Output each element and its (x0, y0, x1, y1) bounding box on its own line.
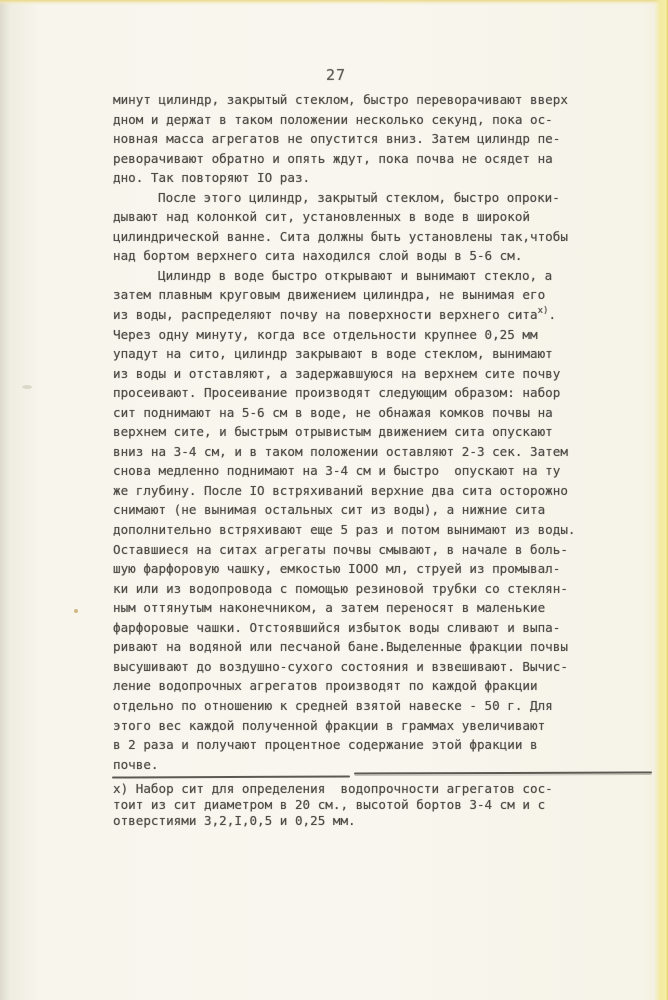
text-line: дывают над колонкой сит, установленных в… (113, 207, 583, 227)
text-line: ривают на водяной или песчаной бане.Выде… (113, 637, 583, 657)
text-line: этого вес каждой полученной фракции в гр… (113, 716, 583, 736)
text-line: над бортом верхнего сита находился слой … (113, 246, 583, 266)
text-line: просеивают. Просеивание производят следу… (113, 383, 583, 403)
text-line: ление водопрочных агрегатов производят п… (113, 676, 583, 696)
footnote-line: отверстиями 3,2,I,0,5 и 0,25 мм. (113, 813, 613, 829)
text-line: После этого цилиндр, закрытый стеклом, б… (113, 188, 583, 208)
text-line: затем плавным круговым движением цилиндр… (113, 285, 583, 305)
text-line: из воды и отставляют, а задержавшуюся на… (113, 364, 583, 384)
scanned-document-page: 27 минут цилиндр, закрытый стеклом, быст… (0, 0, 668, 1000)
text-line: же глубину. После IO встряхиваний верхни… (113, 481, 583, 501)
text-line: Оставшиеся на ситах агрегаты почвы смыва… (113, 540, 583, 560)
text-line: фарфоровые чашки. Отстоявшийся избыток в… (113, 618, 583, 638)
body-text: минут цилиндр, закрытый стеклом, быстро … (113, 90, 583, 774)
text-line: реворачивают обратно и опять ждут, пока … (113, 149, 583, 169)
text-line: из воды, распределяют почву на поверхнос… (113, 305, 583, 325)
text-line: дополнительно встряхивают еще 5 раз и по… (113, 520, 583, 540)
text-line: Цилиндр в воде быстро открывают и вынима… (113, 266, 583, 286)
page-top-edge (0, 0, 668, 5)
text-line: высушивают до воздушно-сухого состояния … (113, 657, 583, 677)
page-number: 27 (326, 66, 346, 84)
text-line: снимают (не вынимая остальных сит из вод… (113, 500, 583, 520)
text-line: снова медленно поднимают на 3-4 см и быс… (113, 461, 583, 481)
footnote: х) Набор сит для определения водопрочнос… (113, 781, 613, 830)
footnote-separator (112, 775, 350, 778)
paper-speck (22, 385, 32, 389)
text-line: новная масса агрегатов не опустится вниз… (113, 129, 583, 149)
text-line: ки или из водопровода с помощью резиново… (113, 579, 583, 599)
text-line: минут цилиндр, закрытый стеклом, быстро … (113, 90, 583, 110)
footnote-line: тоит из сит диаметром в 20 см., высотой … (113, 797, 613, 813)
text-line: Через одну минуту, когда все отдельности… (113, 325, 583, 345)
text-line: отдельно по отношению к средней взятой н… (113, 696, 583, 716)
text-line: сит поднимают на 5-6 см в воде, не обнаж… (113, 403, 583, 423)
text-line: вниз на 3-4 см, и в таком положении оста… (113, 442, 583, 462)
text-line: цилиндрической ванне. Сита должны быть у… (113, 227, 583, 247)
text-line: упадут на сито, цилиндр закрывают в воде… (113, 344, 583, 364)
page-right-edge (654, 0, 668, 1000)
text-line: дно. Так повторяют IO раз. (113, 168, 583, 188)
paper-speck (74, 609, 78, 613)
text-line: шую фарфоровую чашку, емкостью IOOO мл, … (113, 559, 583, 579)
text-line: верхнем сите, и быстрым отрывистым движе… (113, 422, 583, 442)
footnote-line: х) Набор сит для определения водопрочнос… (113, 781, 613, 797)
text-line: дном и держат в таком положении нескольк… (113, 110, 583, 130)
text-line: в 2 раза и получают процентное содержани… (113, 735, 583, 755)
text-line: ным оттянутым наконечником, а затем пере… (113, 598, 583, 618)
